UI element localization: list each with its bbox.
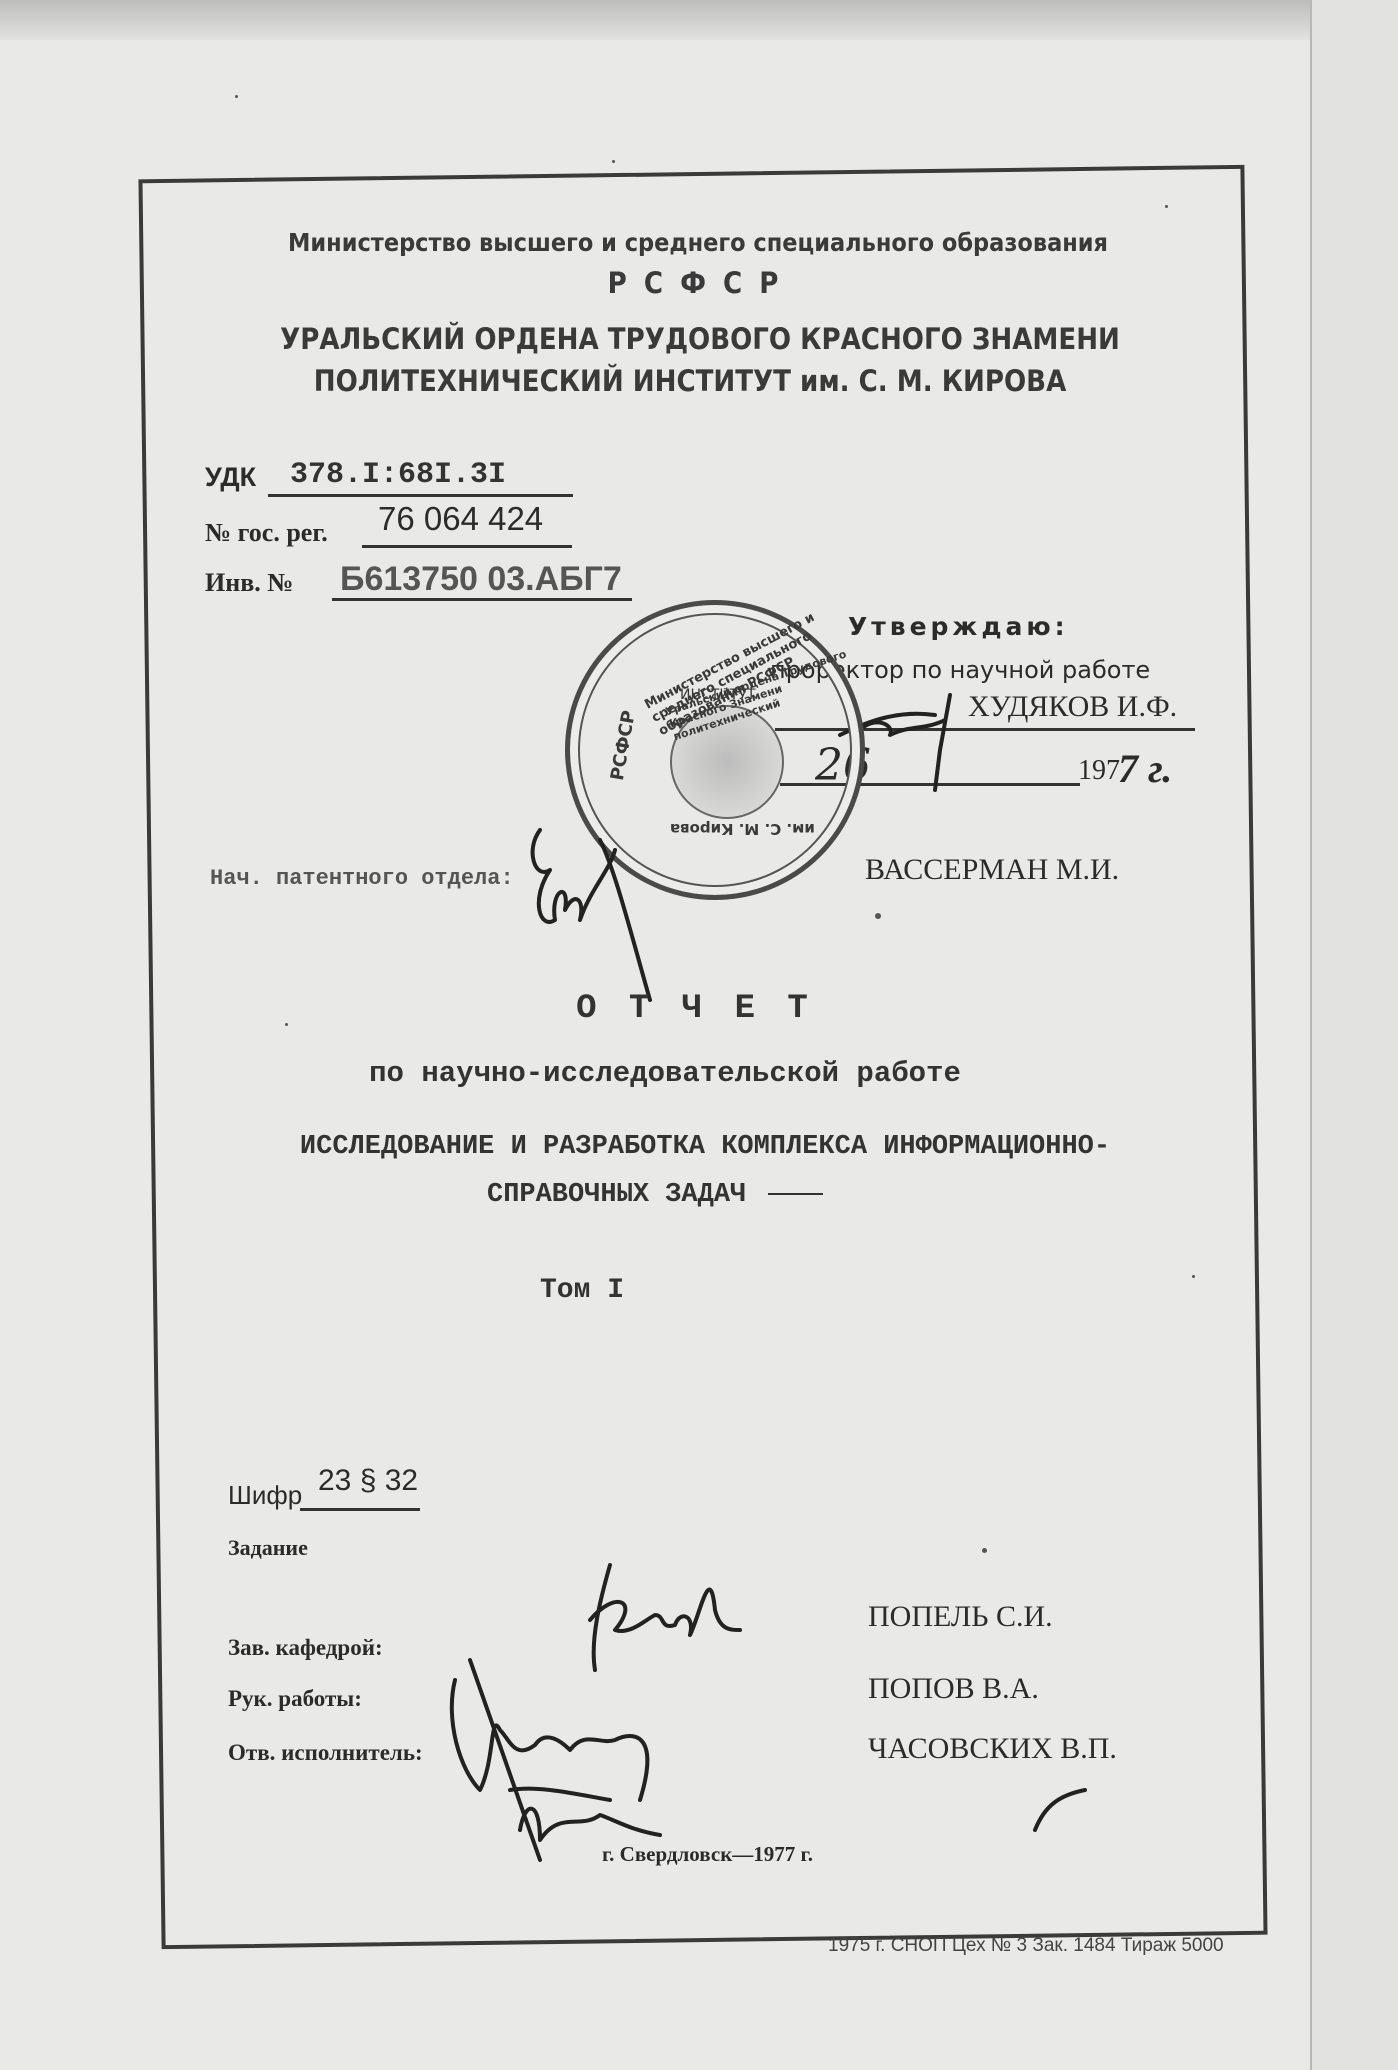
republic-line: Р С Ф С Р — [608, 266, 783, 300]
scan-speckle — [235, 95, 238, 98]
stamp-kirov-text: им. С. М. Кирова — [670, 820, 815, 838]
work-lead-label: Рук. работы: — [228, 1686, 362, 1712]
responsible-executor-name: ЧАСОВСКИХ В.П. — [868, 1732, 1117, 1766]
stamp-institute-text: ИНСТИТУТ — [680, 687, 755, 703]
scan-speckle — [612, 160, 615, 163]
task-label: Задание — [228, 1535, 308, 1561]
report-title-line-1: ИССЛЕДОВАНИЕ И РАЗРАБОТКА КОМПЛЕКСА ИНФО… — [300, 1132, 1110, 1162]
gos-reg-underline — [362, 545, 572, 548]
gos-reg-label: № гос. рег. — [205, 518, 328, 548]
report-title-line-2: СПРАВОЧНЫХ ЗАДАЧ — [487, 1180, 746, 1210]
inv-value: Б613750 03.АБГ7 — [340, 560, 622, 599]
cipher-label: Шифр — [228, 1480, 302, 1511]
udk-underline — [268, 494, 573, 497]
head-of-dept-name: ПОПЕЛЬ С.И. — [868, 1600, 1053, 1634]
patent-head-name: ВАССЕРМАН М.И. — [865, 853, 1119, 887]
ministry-line: Министерство высшего и среднего специаль… — [288, 228, 1108, 257]
patent-dept-signature — [520, 810, 690, 1010]
udk-value: 378.I:68I.3I — [290, 458, 506, 492]
pen-mark — [1030, 1785, 1090, 1835]
report-subtitle: по научно-исследовательской работе — [369, 1057, 961, 1090]
patent-dept-label: Нач. патентного отдела: — [210, 866, 514, 891]
report-volume: Том I — [540, 1275, 624, 1306]
institute-line-2: ПОЛИТЕХНИЧЕСКИЙ ИНСТИТУТ им. С. М. КИРОВ… — [314, 364, 1067, 398]
print-footer: 1975 г. СНОП Цех № 3 Зак. 1484 Тираж 500… — [828, 1935, 1224, 1957]
udk-label: УДК — [205, 462, 256, 493]
institute-line-1: УРАЛЬСКИЙ ОРДЕНА ТРУДОВОГО КРАСНОГО ЗНАМ… — [280, 322, 1120, 356]
approval-year-prefix: 197 — [1078, 755, 1120, 787]
paper-top-shadow — [0, 0, 1398, 40]
stamp-rsfsr-text: РСФСР — [607, 709, 640, 782]
head-of-dept-label: Зав. кафедрой: — [228, 1635, 383, 1661]
place-and-year: г. Свердловск—1977 г. — [602, 1842, 813, 1867]
responsible-executor-label: Отв. исполнитель: — [228, 1740, 423, 1766]
approver-name: ХУДЯКОВ И.Ф. — [968, 690, 1177, 724]
work-lead-name: ПОПОВ В.А. — [868, 1672, 1039, 1706]
gos-reg-value: 76 064 424 — [378, 500, 543, 538]
report-heading: О Т Ч Е Т — [576, 990, 814, 1028]
page-edge — [1310, 0, 1398, 2070]
signatures-cluster — [440, 1560, 840, 1860]
approve-label: Утверждаю: — [848, 612, 1069, 641]
approval-year-suffix: 7 г. — [1118, 745, 1172, 792]
cipher-underline — [300, 1508, 420, 1511]
cipher-value: 23 § 32 — [318, 1464, 418, 1498]
inv-label: Инв. № — [205, 568, 293, 598]
title-dash — [768, 1193, 823, 1195]
